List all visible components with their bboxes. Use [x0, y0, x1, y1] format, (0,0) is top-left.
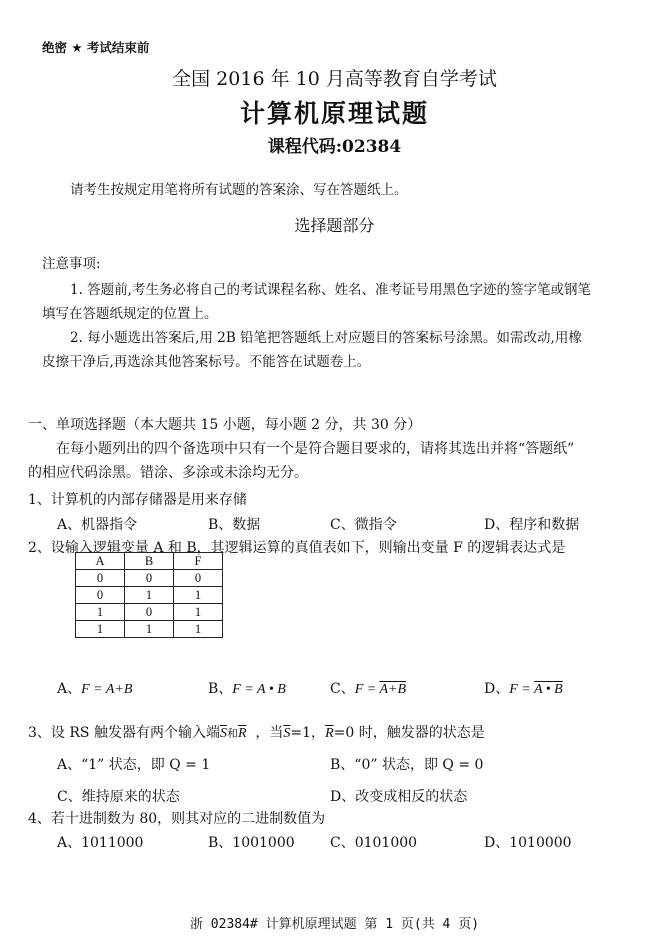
- notes-label: 注意事项:: [42, 252, 101, 272]
- formula-lhs: F =: [509, 682, 534, 697]
- q3-option-b: B、“0” 状态，即 Q = 0: [330, 754, 483, 774]
- formula-rhs: A+B: [106, 682, 133, 697]
- table-cell: 0: [125, 604, 174, 621]
- section-heading: 一、单项选择题（本大题共 15 小题，每小题 2 分，共 30 分）: [28, 414, 421, 434]
- stem-text: 和: [227, 727, 238, 740]
- q4-option-d: D、1010000: [484, 832, 572, 852]
- option-label: D、: [484, 681, 509, 697]
- question-4-stem: 4、若十进制数为 80，则其对应的二进制数值为: [28, 808, 325, 828]
- table-header: B: [125, 553, 174, 570]
- option-label: C、: [330, 681, 355, 697]
- table-header-row: A B F: [76, 553, 223, 570]
- q4-option-a: A、1011000: [57, 832, 143, 852]
- stem-text: =1，: [290, 725, 325, 741]
- formula-lhs: F =: [355, 682, 380, 697]
- note-line: 2. 每小题选出答案后,用 2B 铅笔把答题纸上对应题目的答案标号涂黑。如需改动…: [70, 326, 582, 346]
- table-cell: 1: [76, 604, 125, 621]
- section-description: 在每小题列出的四个备选项中只有一个是符合题目要求的，请将其选出并将“答题纸”: [56, 438, 574, 458]
- s-bar: S: [220, 726, 227, 741]
- q1-option-a: A、机器指令: [57, 514, 137, 534]
- q2-option-d: D、F = A • B: [484, 678, 563, 698]
- q3-option-c: C、维持原来的状态: [57, 786, 180, 806]
- table-header: A: [76, 553, 125, 570]
- table-row: 1 1 1: [76, 621, 223, 638]
- q2-option-c: C、F = A+B: [330, 678, 406, 698]
- table-cell: 1: [174, 587, 223, 604]
- formula-rhs-negated: A • B: [534, 682, 563, 697]
- q2-option-a: A、F = A+B: [57, 678, 132, 698]
- table-cell: 1: [125, 621, 174, 638]
- table-cell: 0: [125, 570, 174, 587]
- section-description: 的相应代码涂黑。错涂、多涂或未涂均无分。: [28, 462, 308, 482]
- formula-rhs: A • B: [257, 682, 286, 697]
- option-label: B、: [208, 681, 232, 697]
- table-cell: 1: [125, 587, 174, 604]
- stem-text: 3、设 RS 触发器有两个输入端: [28, 725, 220, 741]
- table-cell: 1: [174, 604, 223, 621]
- exam-title: 全国 2016 年 10 月高等教育自学考试: [0, 64, 669, 91]
- confidential-mark: 绝密 ★ 考试结束前: [42, 38, 149, 56]
- table-cell: 1: [76, 621, 125, 638]
- formula-lhs: F =: [81, 682, 106, 697]
- formula-rhs-negated: A+B: [379, 682, 406, 697]
- formula-lhs: F =: [232, 682, 257, 697]
- q4-option-c: C、0101000: [330, 832, 417, 852]
- table-row: 0 0 0: [76, 570, 223, 587]
- question-3-stem: 3、设 RS 触发器有两个输入端S和R ，当S=1，R=0 时，触发器的状态是: [28, 722, 485, 742]
- q4-option-b: B、1001000: [208, 832, 295, 852]
- table-cell: 1: [174, 621, 223, 638]
- table-cell: 0: [174, 570, 223, 587]
- truth-table: A B F 0 0 0 0 1 1 1 0 1 1 1 1: [75, 552, 223, 638]
- note-line: 填写在答题纸规定的位置上。: [42, 302, 218, 322]
- table-row: 0 1 1: [76, 587, 223, 604]
- table-row: 1 0 1: [76, 604, 223, 621]
- table-cell: 0: [76, 587, 125, 604]
- q1-option-b: B、数据: [208, 514, 260, 534]
- note-line: 1. 答题前,考生务必将自己的考试课程名称、姓名、准考证号用黑色字迹的签字笔或钢…: [70, 278, 591, 298]
- course-code: 课程代码:02384: [0, 132, 669, 157]
- q1-option-c: C、微指令: [330, 514, 397, 534]
- table-cell: 0: [76, 570, 125, 587]
- question-1-stem: 1、计算机的内部存储器是用来存储: [28, 489, 247, 509]
- section-part-heading: 选择题部分: [0, 213, 669, 236]
- instruction-text: 请考生按规定用笔将所有试题的答案涂、写在答题纸上。: [70, 178, 408, 198]
- r-bar: R: [238, 726, 247, 741]
- q2-option-b: B、F = A • B: [208, 678, 286, 698]
- q3-option-d: D、改变成相反的状态: [330, 786, 467, 806]
- option-label: A、: [57, 681, 81, 697]
- q3-option-a: A、“1” 状态，即 Q = 1: [57, 754, 210, 774]
- page-footer: 浙 02384# 计算机原理试题 第 1 页(共 4 页): [0, 913, 669, 932]
- r-bar: R: [325, 726, 334, 741]
- stem-text: ，当: [255, 725, 283, 741]
- subject-title: 计算机原理试题: [0, 94, 669, 130]
- table-header: F: [174, 553, 223, 570]
- stem-text: =0 时，触发器的状态是: [334, 725, 485, 741]
- q1-option-d: D、程序和数据: [484, 514, 579, 534]
- note-line: 皮擦干净后,再选涂其他答案标号。不能答在试题卷上。: [42, 350, 370, 370]
